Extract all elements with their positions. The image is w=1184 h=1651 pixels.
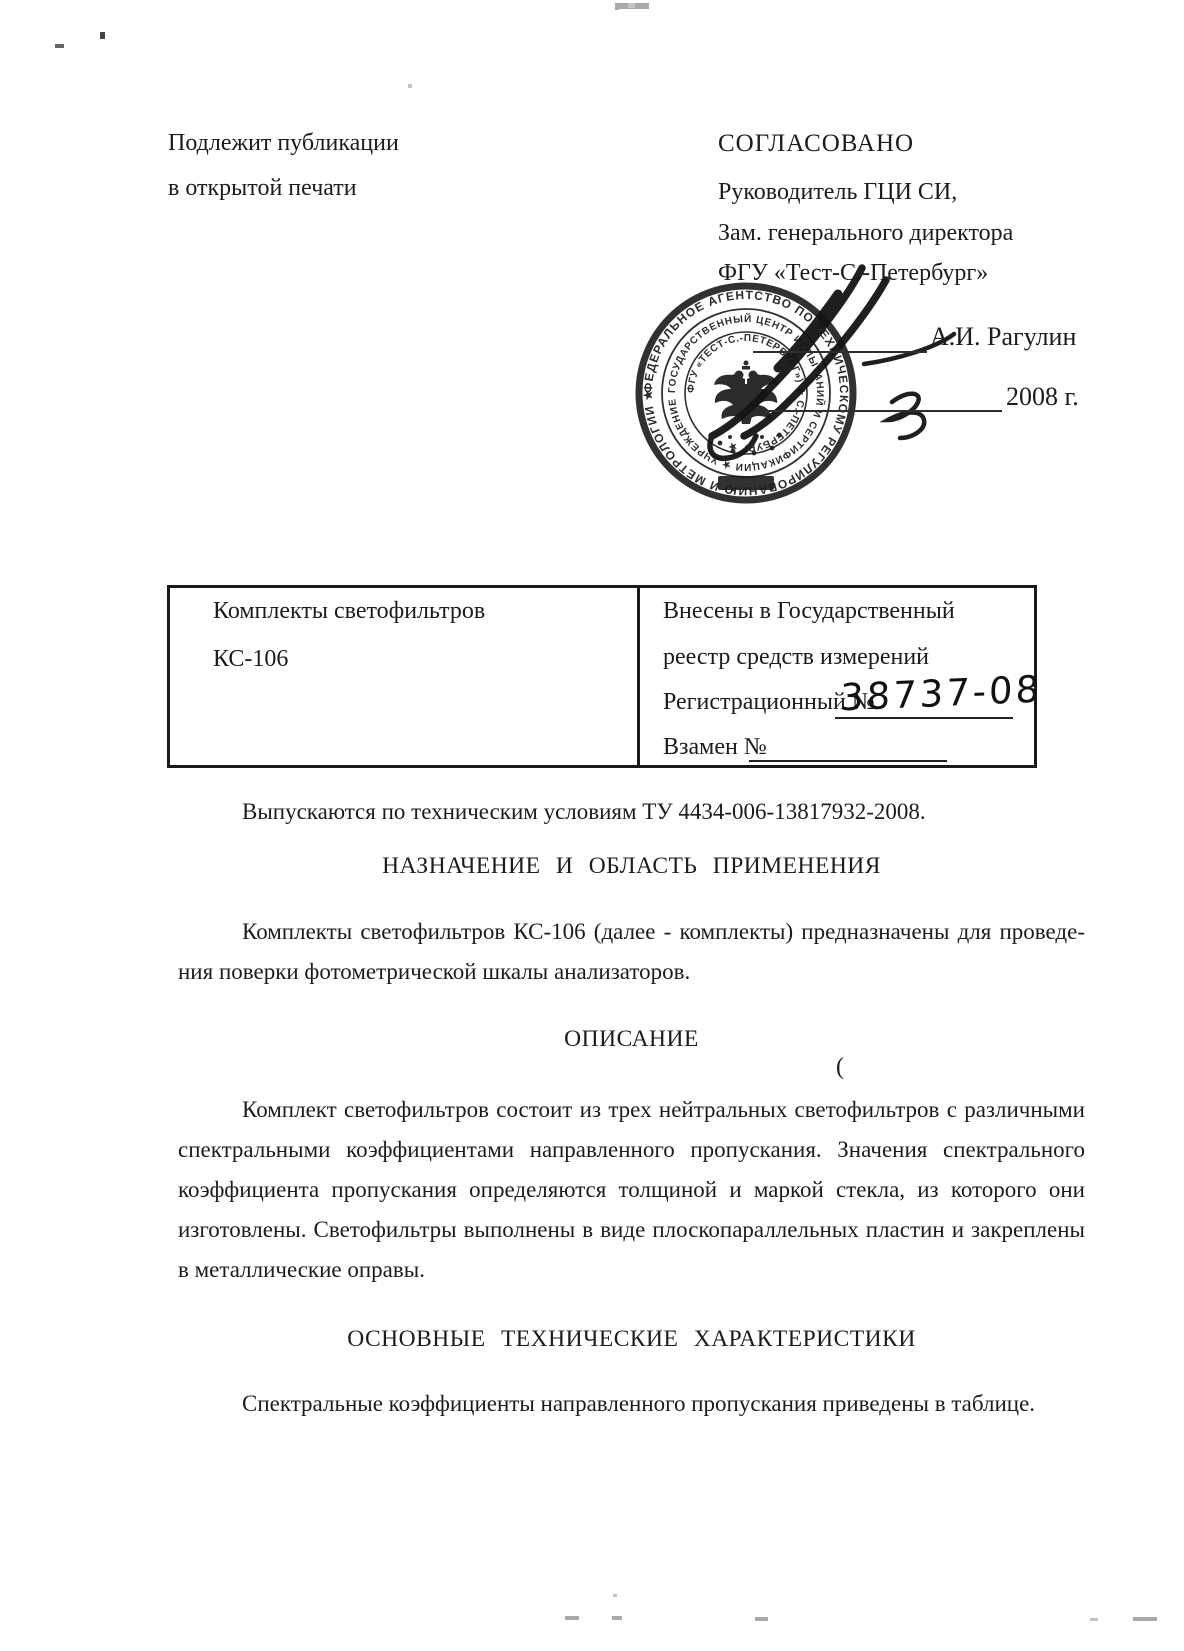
agreed-title: СОГЛАСОВАНО (718, 130, 914, 158)
replaces-label: Взамен № (663, 734, 767, 761)
stray-pen-mark: ( (836, 1054, 844, 1081)
scan-speck (100, 32, 105, 39)
description-paragraph-line: спектральными коэффициентами направленно… (178, 1136, 1085, 1164)
purpose-paragraph-line: Комплекты светофильтров КС-106 (далее - … (178, 918, 1085, 946)
registry-box: Комплекты светофильтров КС-106 Внесены в… (167, 585, 1037, 768)
description-paragraph-line: коэффициента пропускания определяются то… (178, 1176, 1085, 1204)
registration-number-underline (835, 717, 1013, 719)
scan-speck (565, 1616, 579, 1620)
registry-entry-line2: реестр средств измерений (663, 644, 929, 671)
scan-speck (55, 44, 64, 48)
agreed-line1: Руководитель ГЦИ СИ, (718, 179, 957, 206)
section-title-description: ОПИСАНИЕ (178, 1026, 1085, 1053)
scan-speck (1090, 1618, 1098, 1621)
characteristics-intro-line: Спектральные коэффициенты направленного … (178, 1390, 1085, 1418)
scan-speck (755, 1617, 768, 1621)
instrument-name-line2: КС-106 (213, 646, 288, 673)
scanned-document-page: Подлежит публикации в открытой печати СО… (0, 0, 1184, 1651)
date-line (762, 410, 1002, 412)
description-paragraph-line: Комплект светофильтров состоит из трех н… (178, 1096, 1085, 1124)
registry-entry-line1: Внесены в Государственный (663, 598, 955, 625)
publish-note-line1: Подлежит публикации (168, 130, 399, 157)
purpose-paragraph-line: ния поверки фотометрической шкалы анализ… (178, 958, 1085, 986)
scan-speck (408, 84, 412, 88)
registry-box-divider (637, 588, 640, 765)
registration-number-handwritten: 38737-08 (840, 668, 1043, 720)
description-paragraph-line: изготовлены. Светофильтры выполнены в ви… (178, 1216, 1085, 1244)
publish-note-line2: в открытой печати (168, 175, 357, 202)
signer-name: А.И. Рагулин (930, 322, 1076, 352)
signature-year: 2008 г. (1006, 382, 1079, 412)
scan-speck (612, 1616, 622, 1620)
section-title-purpose: НАЗНАЧЕНИЕ И ОБЛАСТЬ ПРИМЕНЕНИЯ (178, 853, 1085, 880)
description-paragraph-line: в металлические оправы. (178, 1256, 1085, 1284)
tu-conditions-line: Выпускаются по техническим условиям ТУ 4… (178, 798, 1085, 826)
instrument-name-line1: Комплекты светофильтров (213, 598, 485, 625)
signature-strokes (556, 246, 1076, 466)
scan-speck (1133, 1617, 1157, 1621)
section-title-characteristics: ОСНОВНЫЕ ТЕХНИЧЕСКИЕ ХАРАКТЕРИСТИКИ (178, 1326, 1085, 1353)
replaces-underline (749, 760, 947, 762)
signature-line (753, 351, 927, 353)
scan-speck (613, 1594, 617, 1597)
agreed-line2: Зам. генерального директора (718, 220, 1013, 247)
